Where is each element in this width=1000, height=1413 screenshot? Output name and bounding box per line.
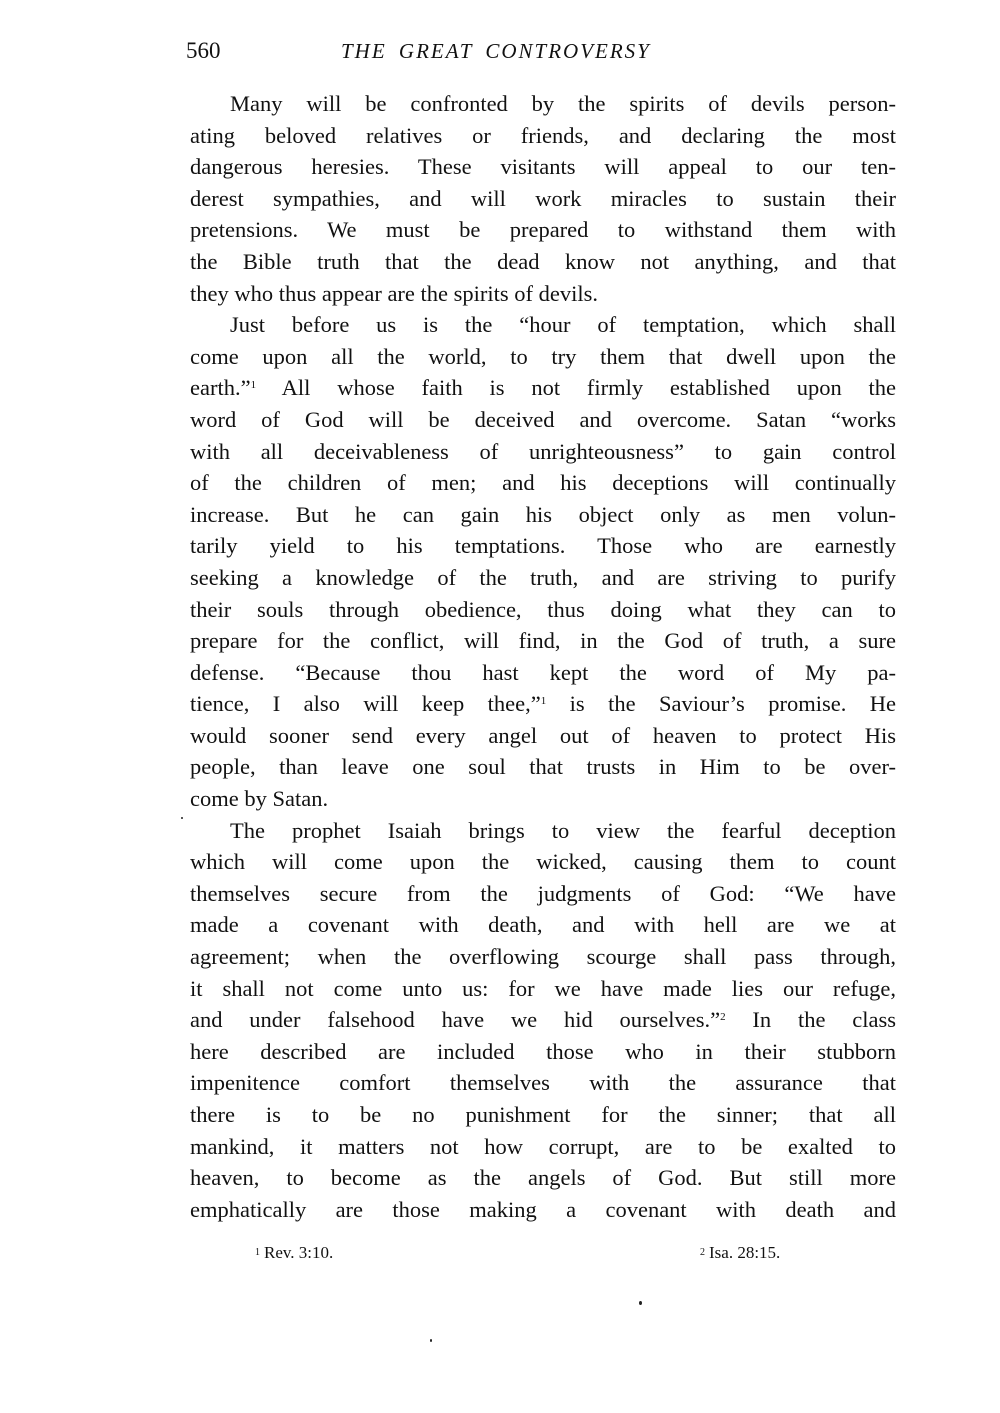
text-line: pretensions. We must be prepared to with… (190, 214, 896, 246)
footnote-1: 1Rev. 3:10. (255, 1240, 333, 1266)
text-line: it shall not come unto us: for we have m… (190, 973, 896, 1005)
footnote-2: 2Isa. 28:15. (700, 1240, 780, 1266)
text-line: they who thus appear are the spirits of … (190, 278, 896, 310)
text-segment: earth.” (190, 375, 251, 400)
scan-speck (181, 817, 183, 819)
text-line: emphatically are those making a covenant… (190, 1194, 896, 1226)
text-line: themselves secure from the judgments of … (190, 878, 896, 910)
scan-speck (639, 1301, 642, 1305)
page-number: 560 (186, 36, 221, 66)
text-line: prepare for the conflict, will find, in … (190, 625, 896, 657)
running-title: THE GREAT CONTROVERSY (341, 36, 651, 66)
text-segment: tience, I also will keep thee,” (190, 691, 541, 716)
text-line: which will come upon the wicked, causing… (190, 846, 896, 878)
footnote-reference: 1 (541, 695, 547, 707)
text-line: of the children of men; and his deceptio… (190, 467, 896, 499)
text-line: defense. “Because thou hast kept the wor… (190, 657, 896, 689)
text-segment: In the class (726, 1007, 896, 1032)
text-line: tarily yield to his temptations. Those w… (190, 530, 896, 562)
text-line: dangerous heresies. These visitants will… (190, 151, 896, 183)
text-line: come upon all the world, to try them tha… (190, 341, 896, 373)
page-header: 560 THE GREAT CONTROVERSY (186, 36, 896, 66)
text-line: with all deceivableness of unrighteousne… (190, 436, 896, 468)
footnote-text: Rev. 3:10. (264, 1243, 333, 1262)
text-line: Just before us is the “hour of temptatio… (190, 309, 896, 341)
footnote-reference: 1 (251, 379, 257, 391)
text-line: The prophet Isaiah brings to view the fe… (190, 815, 896, 847)
text-line: their souls through obedience, thus doin… (190, 594, 896, 626)
text-line: there is to be no punishment for the sin… (190, 1099, 896, 1131)
text-line: impenitence comfort themselves with the … (190, 1067, 896, 1099)
text-line: agreement; when the overflowing scourge … (190, 941, 896, 973)
text-line: made a covenant with death, and with hel… (190, 909, 896, 941)
text-segment: is the Saviour’s promise. He (546, 691, 896, 716)
text-segment: and under falsehood have we hid ourselve… (190, 1007, 720, 1032)
text-line: would sooner send every angel out of hea… (190, 720, 896, 752)
body-text: Many will be confronted by the spirits o… (190, 88, 896, 1225)
scan-speck (430, 1339, 432, 1342)
text-line: word of God will be deceived and overcom… (190, 404, 896, 436)
text-line: Many will be confronted by the spirits o… (190, 88, 896, 120)
text-line: seeking a knowledge of the truth, and ar… (190, 562, 896, 594)
text-line: heaven, to become as the angels of God. … (190, 1162, 896, 1194)
text-line: here described are included those who in… (190, 1036, 896, 1068)
text-line: come by Satan. (190, 783, 896, 815)
text-line: people, than leave one soul that trusts … (190, 751, 896, 783)
text-line: earth.”1 All whose faith is not firmly e… (190, 372, 896, 404)
text-line: mankind, it matters not how corrupt, are… (190, 1131, 896, 1163)
text-line: the Bible truth that the dead know not a… (190, 246, 896, 278)
text-line: increase. But he can gain his object onl… (190, 499, 896, 531)
text-segment: All whose faith is not firmly establishe… (256, 375, 896, 400)
footnote-reference: 2 (720, 1011, 726, 1023)
footnotes: 1Rev. 3:10. 2Isa. 28:15. (255, 1240, 835, 1266)
footnote-text: Isa. 28:15. (709, 1243, 780, 1262)
text-line: and under falsehood have we hid ourselve… (190, 1004, 896, 1036)
text-line: ating beloved relatives or friends, and … (190, 120, 896, 152)
text-line: derest sympathies, and will work miracle… (190, 183, 896, 215)
footnote-mark: 1 (255, 1247, 260, 1258)
footnote-mark: 2 (700, 1247, 705, 1258)
text-line: tience, I also will keep thee,”1 is the … (190, 688, 896, 720)
book-page: 560 THE GREAT CONTROVERSY Many will be c… (0, 0, 1000, 1413)
